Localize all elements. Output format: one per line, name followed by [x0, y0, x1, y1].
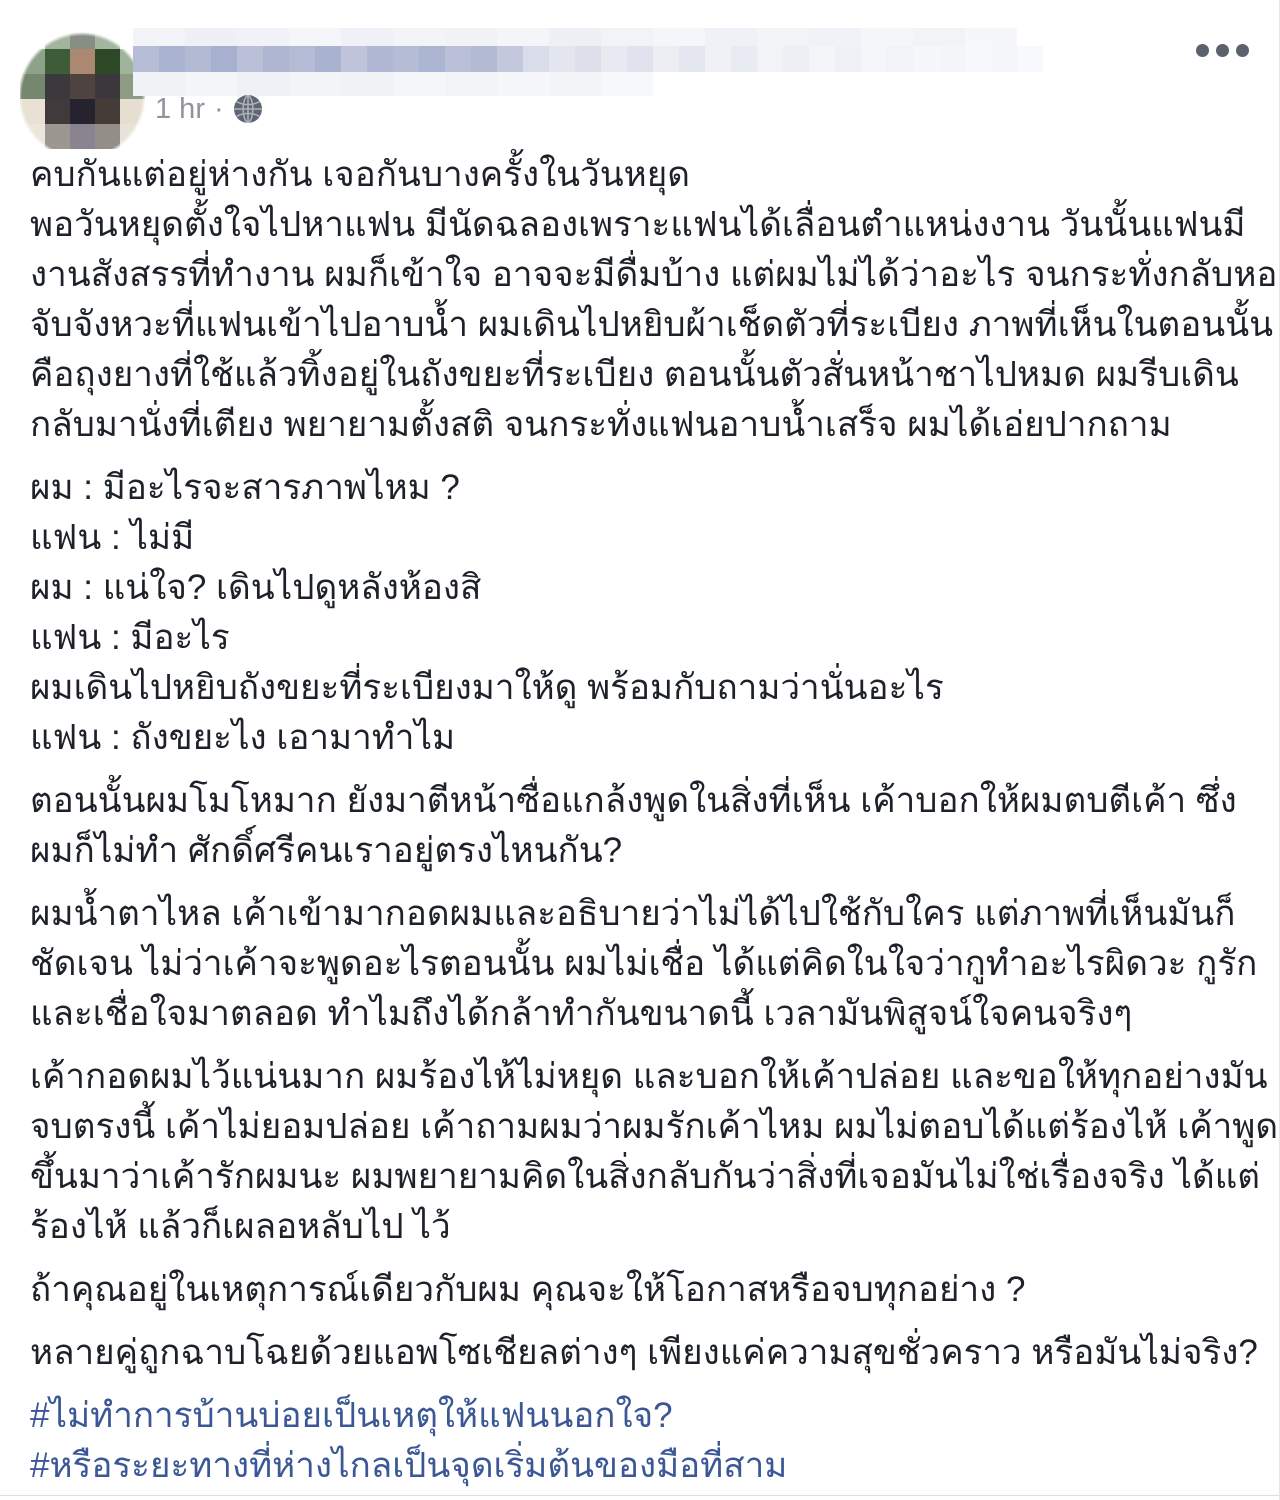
post-line: พอวันหยุดตั้งใจไปหาแฟน มีนัดฉลองเพราะแฟน… [30, 200, 1253, 250]
hashtag-link[interactable]: #ไม่ทำการบ้านบ่อยเป็นเหตุให้แฟนนอกใจ? [30, 1391, 1253, 1441]
post-paragraph: ตอนนั้นผมโมโหมาก ยังมาตีหน้าซื่อแกล้งพูด… [30, 776, 1253, 876]
post-paragraph: ผมน้ำตาไหล เค้าเข้ามากอดผมและอธิบายว่าไม… [30, 889, 1253, 1039]
post-line: จบตรงนี้ เค้าไม่ยอมปล่อย เค้าถามผมว่าผมร… [30, 1102, 1253, 1152]
post-paragraph: คบกันแต่อยู่ห่างกัน เจอกันบางครั้งในวันห… [30, 150, 1253, 450]
post-line: หลายคู่ถูกฉาบโฉยด้วยแอพโซเชียลต่างๆ เพีย… [30, 1328, 1253, 1378]
post-line: แฟน : มีอะไร [30, 613, 1253, 663]
post-line: ขึ้นมาว่าเค้ารักผมนะ ผมพยายามคิดในสิ่งกล… [30, 1152, 1253, 1202]
ellipsis-dot [1216, 44, 1229, 57]
post-line: แฟน : ไม่มี [30, 513, 1253, 563]
post-line: ชัดเจน ไม่ว่าเค้าจะพูดอะไรตอนนั้น ผมไม่เ… [30, 939, 1253, 989]
post-line: งานสังสรรที่ทำงาน ผมก็เข้าใจ อาจจะมีดื่ม… [30, 250, 1253, 300]
facebook-post-card: 1 hr · คบกันแต่อยู่ห่างกัน เจอกันบางครั้… [0, 0, 1280, 1500]
globe-privacy-icon [233, 94, 263, 124]
ellipsis-dot [1196, 44, 1209, 57]
post-line: คบกันแต่อยู่ห่างกัน เจอกันบางครั้งในวันห… [30, 150, 1253, 200]
post-line: แฟน : ถังขยะไง เอามาทำไม [30, 713, 1253, 763]
author-name-redacted[interactable] [133, 28, 1043, 96]
post-paragraph: ถ้าคุณอยู่ในเหตุการณ์เดียวกับผม คุณจะให้… [30, 1265, 1253, 1315]
post-line: ตอนนั้นผมโมโหมาก ยังมาตีหน้าซื่อแกล้งพูด… [30, 776, 1253, 826]
avatar[interactable] [20, 24, 145, 149]
post-line: คือถุงยางที่ใช้แล้วทิ้งอยู่ในถังขยะที่ระ… [30, 350, 1253, 400]
ellipsis-dot [1236, 44, 1249, 57]
section-divider [0, 1495, 1279, 1496]
post-body-text: คบกันแต่อยู่ห่างกัน เจอกันบางครั้งในวันห… [30, 150, 1253, 1491]
hashtag-link[interactable]: #หรือระยะทางที่ห่างไกลเป็นจุดเริ่มต้นของ… [30, 1441, 1253, 1491]
post-options-button[interactable] [1192, 40, 1253, 61]
meta-separator: · [214, 92, 224, 126]
post-line: ร้องไห้ แล้วก็เผลอหลับไป ไว้ [30, 1202, 1253, 1252]
post-paragraph: เค้ากอดผมไว้แน่นมาก ผมร้องไห้ไม่หยุด และ… [30, 1052, 1253, 1252]
avatar-circle-mask [20, 24, 145, 149]
post-paragraph: ผม : มีอะไรจะสารภาพไหม ?แฟน : ไม่มีผม : … [30, 463, 1253, 763]
post-hashtags: #ไม่ทำการบ้านบ่อยเป็นเหตุให้แฟนนอกใจ?#หร… [30, 1391, 1253, 1491]
post-line: ผมเดินไปหยิบถังขยะที่ระเบียงมาให้ดู พร้อ… [30, 663, 1253, 713]
post-line: ถ้าคุณอยู่ในเหตุการณ์เดียวกับผม คุณจะให้… [30, 1265, 1253, 1315]
post-line: กลับมานั่งที่เตียง พยายามตั้งสติ จนกระทั… [30, 400, 1253, 450]
post-timestamp[interactable]: 1 hr [155, 92, 205, 126]
post-line: ผม : มีอะไรจะสารภาพไหม ? [30, 463, 1253, 513]
post-meta-row: 1 hr · [155, 92, 263, 126]
post-line: จับจังหวะที่แฟนเข้าไปอาบน้ำ ผมเดินไปหยิบ… [30, 300, 1253, 350]
post-line: และเชื่อใจมาตลอด ทำไมถึงได้กล้าทำกันขนาด… [30, 989, 1253, 1039]
post-line: ผมน้ำตาไหล เค้าเข้ามากอดผมและอธิบายว่าไม… [30, 889, 1253, 939]
post-paragraph: หลายคู่ถูกฉาบโฉยด้วยแอพโซเชียลต่างๆ เพีย… [30, 1328, 1253, 1378]
post-line: ผมก็ไม่ทำ ศักดิ์ศรีคนเราอยู่ตรงไหนกัน? [30, 826, 1253, 876]
post-line: ผม : แน่ใจ? เดินไปดูหลังห้องสิ [30, 563, 1253, 613]
post-line: เค้ากอดผมไว้แน่นมาก ผมร้องไห้ไม่หยุด และ… [30, 1052, 1253, 1102]
